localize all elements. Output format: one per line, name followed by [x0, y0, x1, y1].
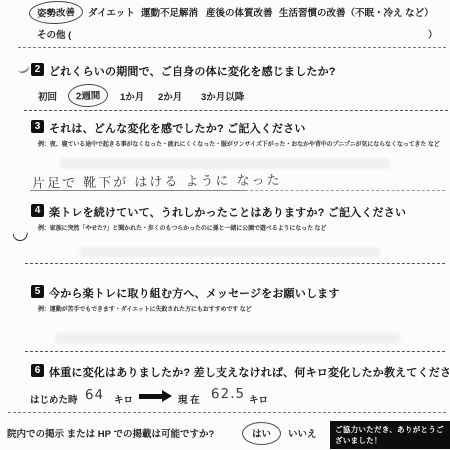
- q2-option-1month: 1か月: [120, 89, 144, 103]
- footer-yes-label: はい: [252, 429, 271, 440]
- goal-option-lifestyle: 生活習慣の改善（不眠・冷え など）: [279, 5, 434, 19]
- q5-example-text: 例：運動が苦手でもできます・ダイエットに失敗された方にもおすすめです など: [38, 304, 252, 313]
- pen-mark: [15, 60, 31, 75]
- q2-option-3months: 3か月以降: [201, 89, 244, 103]
- q6-start-label: はじめた時: [30, 392, 78, 406]
- q5-title: 今から楽トレに取り組む方へ、メッセージをお願いします: [49, 285, 340, 301]
- q2-option-first: 初回: [38, 89, 57, 103]
- handwritten-circle: 2週間: [68, 83, 109, 107]
- q2-number-badge: 2: [31, 63, 44, 76]
- q4-example-text: 例：家族に突然「やせた?」と聞かれた・歩くのもつらかったのに孫と一緒に公園で遊べ…: [38, 223, 326, 232]
- q3-title: それは、どんな変化を感でしたか? ご記入ください: [49, 120, 306, 136]
- answer-line: [25, 351, 445, 352]
- q2-option-2weeks-circled: 2週間: [68, 84, 108, 107]
- separator: [8, 412, 446, 413]
- goal-option-posture-circled: 姿勢改善: [29, 1, 83, 24]
- q6-title: 体重に変化はありましたか? 差し支えなければ、何キロ変化したか教えてください: [49, 364, 450, 380]
- q6-start-weight-handwritten: 64: [85, 387, 104, 403]
- q3-example-text: 例：夜、寝ている途中で起きる事がなくなった・疲れにくくなった・服がワンサイズ下が…: [38, 139, 440, 148]
- goal-option-other-close-paren: ）: [428, 27, 438, 41]
- q4-title: 楽トレを続けていて、うれしかったことはありますか? ご記入ください: [49, 204, 406, 220]
- q4-number-badge: 4: [31, 204, 44, 217]
- scan-artifact: [55, 333, 400, 344]
- footer-answer-yes-circled: はい: [242, 422, 281, 445]
- q3-number-badge: 3: [31, 120, 44, 133]
- q3-handwritten-answer: 片足で 靴下が はける ように なった: [32, 169, 282, 191]
- goal-option-diet: ダイエット: [88, 5, 135, 19]
- q2-option-label: 2週間: [76, 91, 101, 103]
- answer-line: [30, 190, 245, 191]
- survey-sheet: 姿勢改善 ダイエット 運動不足解消 産後の体質改善 生活習慣の改善（不眠・冷え …: [0, 0, 450, 450]
- q2-title: どれくらいの期間で、ご自身の体に変化を感じましたか?: [49, 63, 336, 79]
- footer-publish-question: 院内での掲示 または HP での掲載は可能ですか?: [7, 426, 214, 440]
- pen-mark: [13, 232, 29, 242]
- q6-current-unit: キロ: [249, 392, 268, 406]
- arrow-right-icon: [139, 394, 163, 399]
- scan-artifact: [80, 247, 380, 257]
- goal-option-other-label: その他 (: [37, 27, 71, 41]
- goal-option-label: 姿勢改善: [37, 7, 75, 19]
- answer-line: [245, 190, 445, 191]
- q6-start-unit: キロ: [114, 392, 133, 406]
- answer-line: [25, 263, 445, 264]
- goal-option-exercise: 運動不足解消: [141, 5, 198, 19]
- thanks-badge: ご協力いただき、ありがとうございました！: [330, 421, 450, 449]
- q6-current-weight-handwritten: 62.5: [211, 386, 245, 402]
- handwritten-circle: はい: [242, 422, 281, 445]
- footer-no-label: いいえ: [288, 426, 317, 440]
- goal-option-postpartum: 産後の体質改善: [206, 5, 273, 19]
- handwritten-circle: 姿勢改善: [29, 0, 84, 25]
- separator: [24, 110, 448, 111]
- q6-number-badge: 6: [31, 364, 44, 377]
- separator: [18, 47, 446, 48]
- q5-number-badge: 5: [31, 285, 44, 298]
- scan-artifact: [60, 158, 390, 169]
- q6-current-label: 現 在: [178, 392, 200, 406]
- q2-option-2months: 2か月: [158, 89, 182, 103]
